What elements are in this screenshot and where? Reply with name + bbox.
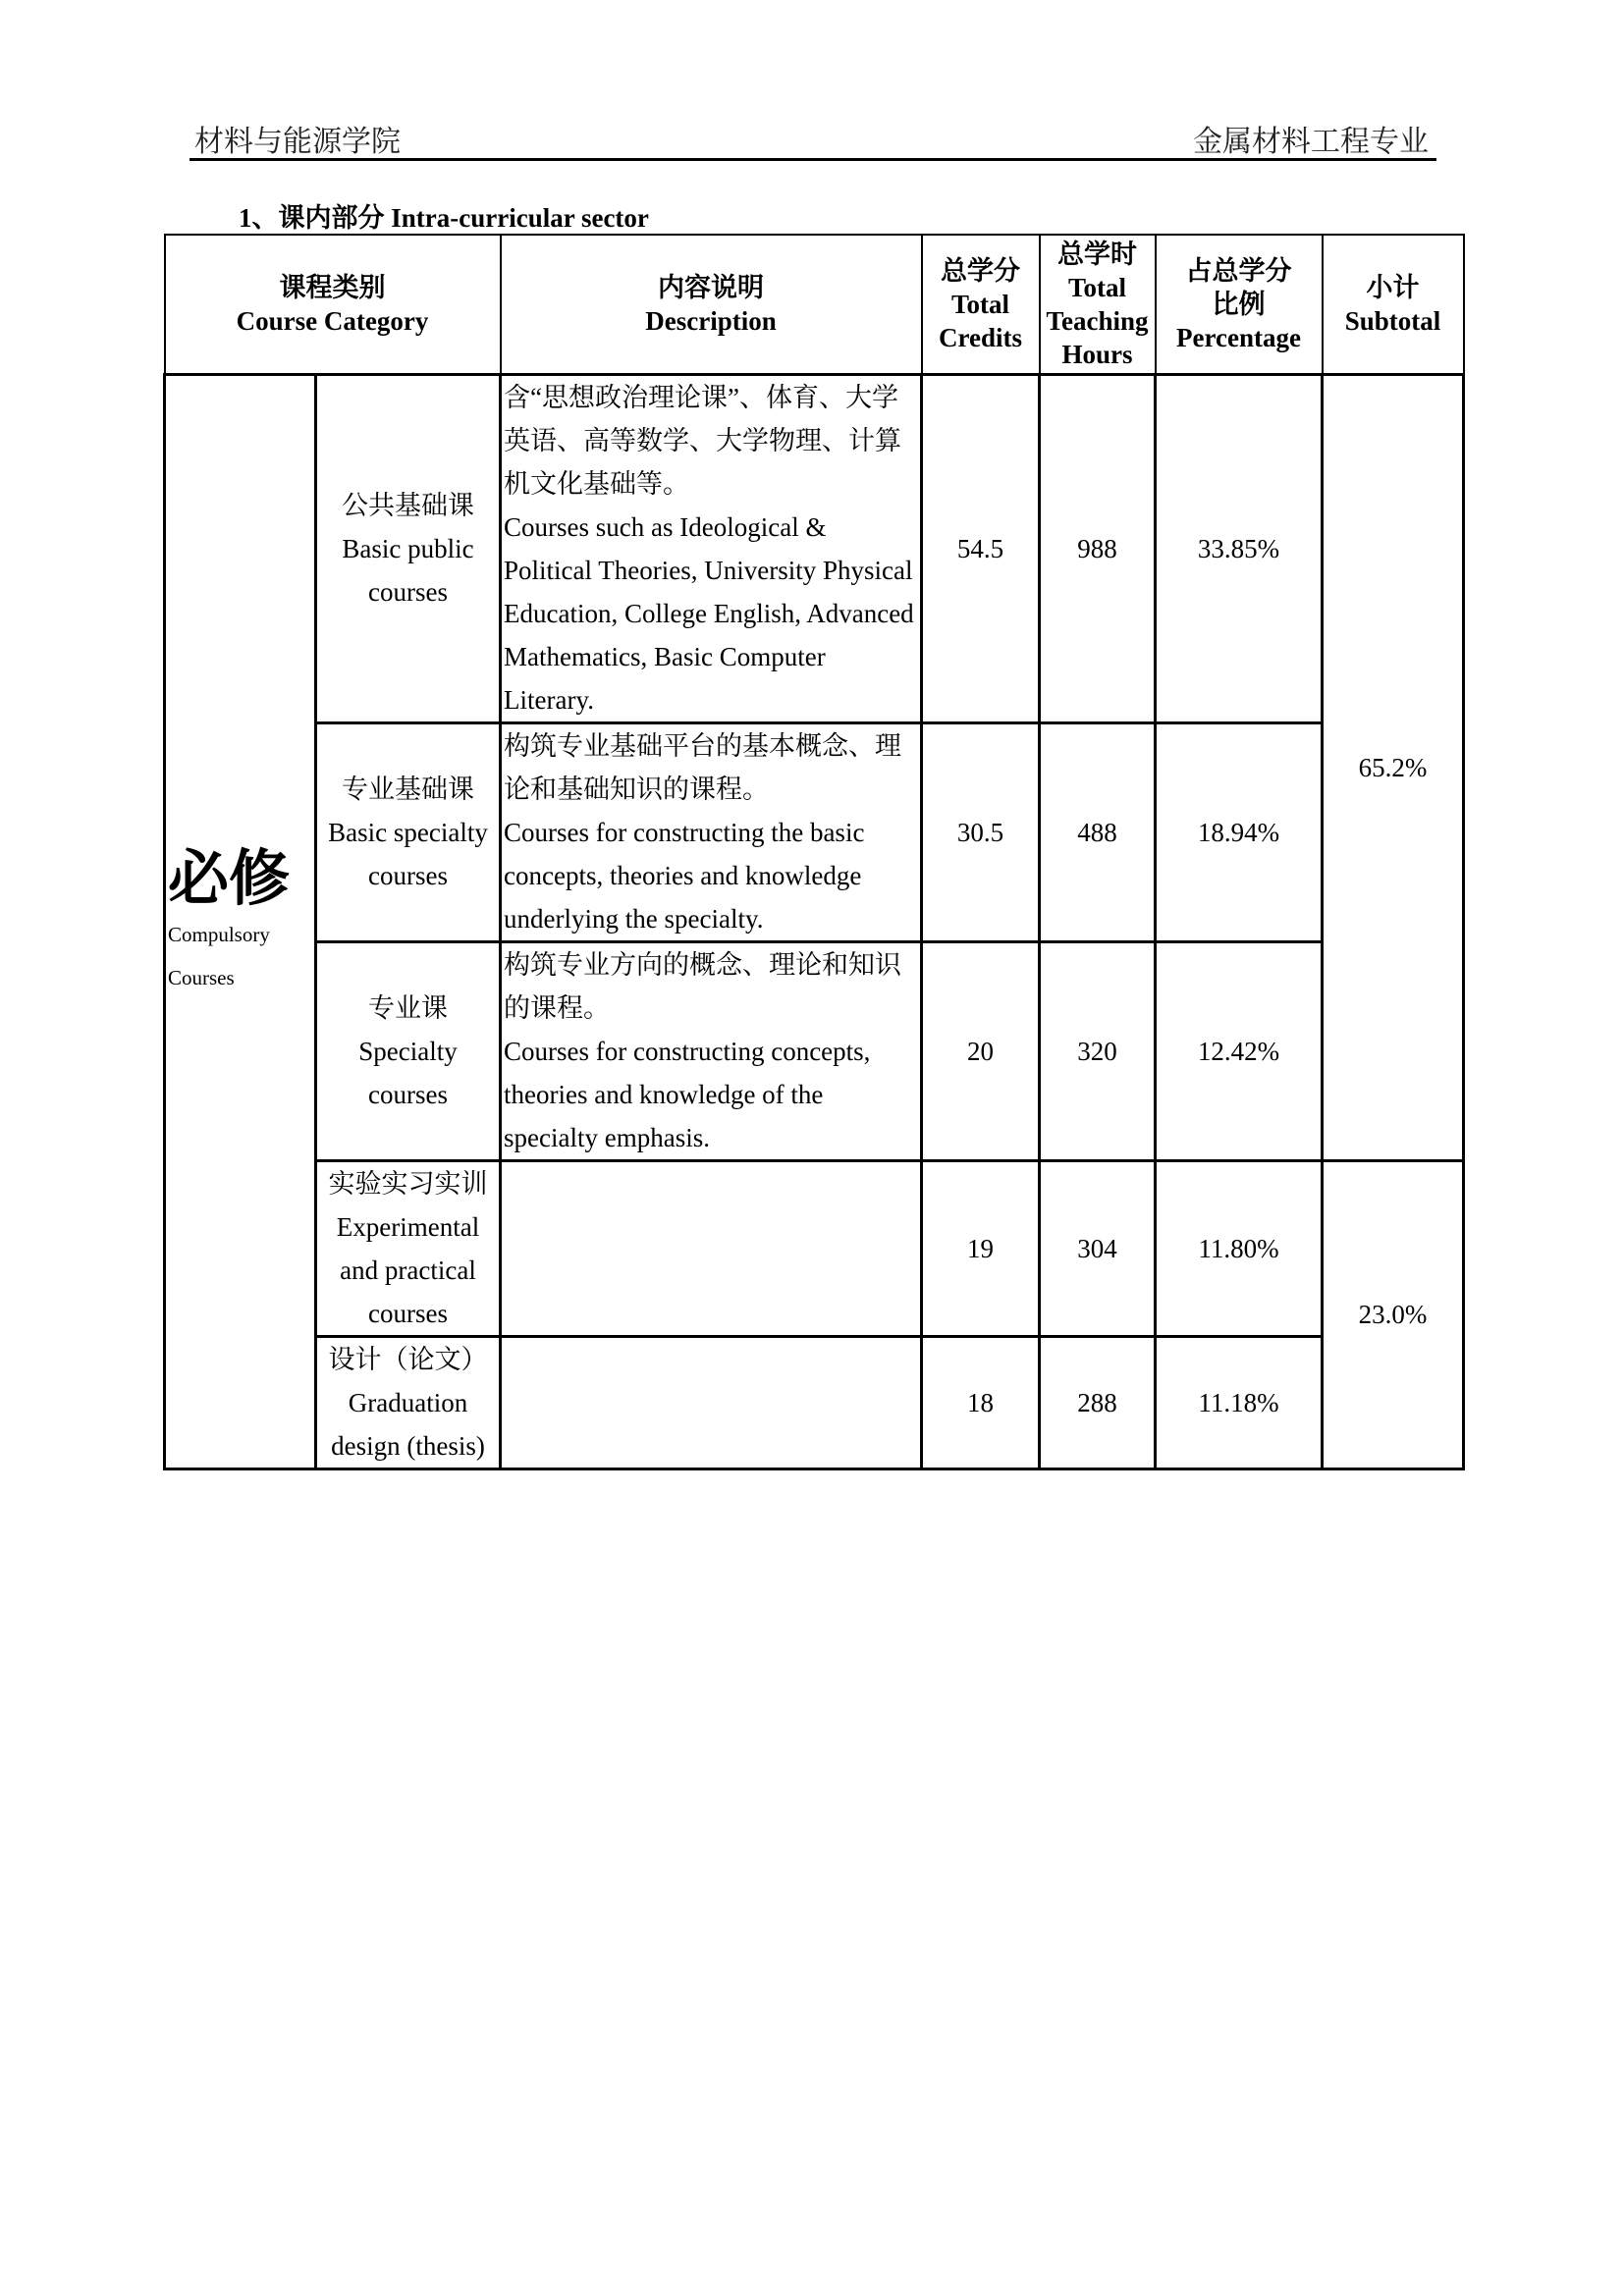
category-cell: 专业基础课 Basic specialty courses xyxy=(316,722,501,941)
hours-cell: 488 xyxy=(1040,722,1156,941)
description-cell: 构筑专业方向的概念、理论和知识的课程。 Courses for construc… xyxy=(501,941,922,1160)
percentage-cell: 33.85% xyxy=(1156,374,1323,722)
hours-cell: 288 xyxy=(1040,1336,1156,1468)
credit-table: 课程类别 Course Category 内容说明 Description 总学… xyxy=(163,234,1465,1470)
school-name: 材料与能源学院 xyxy=(194,117,401,160)
table-row: 设计（论文） Graduation design (thesis) 18 288… xyxy=(165,1336,1464,1468)
percentage-cell: 12.42% xyxy=(1156,941,1323,1160)
category-cell: 实验实习实训 Experimental and practical course… xyxy=(316,1160,501,1336)
hours-cell: 320 xyxy=(1040,941,1156,1160)
major-name: 金属材料工程专业 xyxy=(1193,117,1429,160)
description-cell: 含“思想政治理论课”、体育、大学英语、高等数学、大学物理、计算机文化基础等。 C… xyxy=(501,374,922,722)
header-percentage: 占总学分 比例 Percentage xyxy=(1156,235,1323,374)
compulsory-group-cell: 必修 Compulsory Courses xyxy=(165,374,316,1468)
category-cell: 公共基础课 Basic public courses xyxy=(316,374,501,722)
credits-cell: 20 xyxy=(922,941,1040,1160)
percentage-cell: 11.80% xyxy=(1156,1160,1323,1336)
page-header: 材料与能源学院 金属材料工程专业 xyxy=(189,113,1436,161)
hours-cell: 304 xyxy=(1040,1160,1156,1336)
header-total-hours: 总学时 Total Teaching Hours xyxy=(1040,235,1156,374)
category-cell: 设计（论文） Graduation design (thesis) xyxy=(316,1336,501,1468)
credits-cell: 30.5 xyxy=(922,722,1040,941)
subtotal-cell: 23.0% xyxy=(1323,1160,1464,1468)
credits-cell: 54.5 xyxy=(922,374,1040,722)
subtotal-cell: 65.2% xyxy=(1323,374,1464,1160)
credits-cell: 19 xyxy=(922,1160,1040,1336)
credits-cell: 18 xyxy=(922,1336,1040,1468)
description-cell: 构筑专业基础平台的基本概念、理论和基础知识的课程。 Courses for co… xyxy=(501,722,922,941)
table-row: 专业课 Specialty courses 构筑专业方向的概念、理论和知识的课程… xyxy=(165,941,1464,1160)
header-total-credits: 总学分 Total Credits xyxy=(922,235,1040,374)
table-header-row: 课程类别 Course Category 内容说明 Description 总学… xyxy=(165,235,1464,374)
description-cell xyxy=(501,1336,922,1468)
table-row: 必修 Compulsory Courses 公共基础课 Basic public… xyxy=(165,374,1464,722)
section-title: 1、课内部分 Intra-curricular sector xyxy=(239,196,649,235)
description-cell xyxy=(501,1160,922,1336)
table-row: 专业基础课 Basic specialty courses 构筑专业基础平台的基… xyxy=(165,722,1464,941)
hours-cell: 988 xyxy=(1040,374,1156,722)
category-cell: 专业课 Specialty courses xyxy=(316,941,501,1160)
header-description: 内容说明 Description xyxy=(501,235,922,374)
header-course-category: 课程类别 Course Category xyxy=(165,235,501,374)
percentage-cell: 11.18% xyxy=(1156,1336,1323,1468)
table-row: 实验实习实训 Experimental and practical course… xyxy=(165,1160,1464,1336)
header-subtotal: 小计 Subtotal xyxy=(1323,235,1464,374)
percentage-cell: 18.94% xyxy=(1156,722,1323,941)
